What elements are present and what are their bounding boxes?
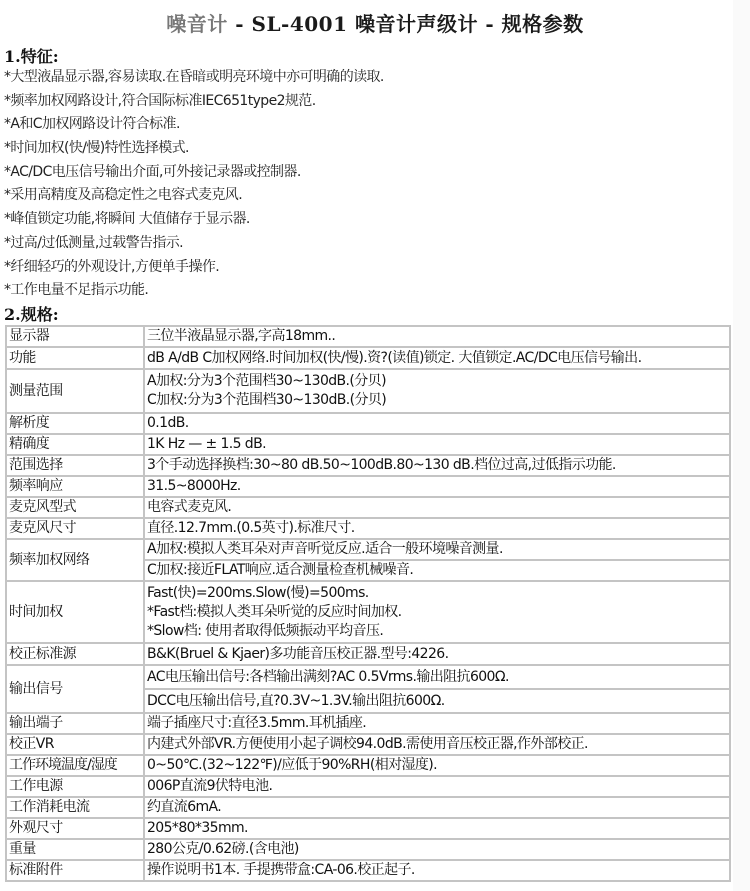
spec-label: 工作环境温度/湿度	[6, 755, 144, 776]
feature-item: *纤细轻巧的外观设计,方便单手操作.	[4, 256, 384, 280]
table-row: 重量 280公克/0.62磅.(含电池)	[6, 839, 730, 860]
title-prefix: 噪音计	[166, 12, 228, 36]
spec-label: 频率响应	[6, 476, 144, 497]
spec-value: AC电压输出信号:各档输出满刻?AC 0.5Vrms.输出阻抗600Ω.	[144, 665, 730, 689]
spec-label: 工作消耗电流	[6, 797, 144, 818]
spec-value: 31.5~8000Hz.	[144, 476, 730, 497]
table-row: 工作电源 006P直流9伏特电池.	[6, 776, 730, 797]
spec-label: 频率加权网络	[6, 539, 144, 581]
spec-value: 三位半液晶显示器,字高18mm..	[144, 326, 730, 347]
spec-label: 时间加权	[6, 581, 144, 643]
table-row: 麦克风型式 电容式麦克风.	[6, 497, 730, 518]
spec-label: 精确度	[6, 434, 144, 455]
table-row: 频率响应 31.5~8000Hz.	[6, 476, 730, 497]
spec-value: 3个手动选择换档:30~80 dB.50~100dB.80~130 dB.档位过…	[144, 455, 730, 476]
spec-table: 显示器 三位半液晶显示器,字高18mm.. 功能 dB A/dB C加权网络.时…	[5, 325, 731, 882]
spec-label: 校正标准源	[6, 643, 144, 665]
spec-value: dB A/dB C加权网络.时间加权(快/慢).资?(读值)锁定. 大值锁定.A…	[144, 347, 730, 369]
table-row: 外观尺寸 205*80*35mm.	[6, 818, 730, 839]
spec-value: A加权:分为3个范围档30~130dB.(分贝) C加权:分为3个范围档30~1…	[144, 369, 730, 413]
spec-value-line: A加权:分为3个范围档30~130dB.(分贝)	[147, 372, 727, 391]
spec-value: 205*80*35mm.	[144, 818, 730, 839]
table-row: 测量范围 A加权:分为3个范围档30~130dB.(分贝) C加权:分为3个范围…	[6, 369, 730, 413]
spec-value-line: *Fast档:模拟人类耳朵听觉的反应时间加权.	[147, 603, 727, 622]
spec-label: 麦克风尺寸	[6, 518, 144, 539]
table-row: 精确度 1K Hz — ± 1.5 dB.	[6, 434, 730, 455]
feature-item: *频率加权网路设计,符合国际标准IEC651type2规范.	[4, 90, 384, 114]
features-heading: 1.特征:	[4, 44, 59, 67]
spec-value: DCC电压输出信号,直?0.3V~1.3V.输出阻抗600Ω.	[144, 689, 730, 713]
spec-value: Fast(快)=200ms.Slow(慢)=500ms. *Fast档:模拟人类…	[144, 581, 730, 643]
spec-value: B&K(Bruel & Kjaer)多功能音压校正器.型号:4226.	[144, 643, 730, 665]
feature-item: *峰值锁定功能,将瞬间 大值储存于显示器.	[4, 208, 384, 232]
table-row: 范围选择 3个手动选择换档:30~80 dB.50~100dB.80~130 d…	[6, 455, 730, 476]
spec-label: 输出信号	[6, 665, 144, 713]
table-row: 工作环境温度/湿度 0~50℃.(32~122℉)/应低于90%RH(相对湿度)…	[6, 755, 730, 776]
spec-label: 工作电源	[6, 776, 144, 797]
spec-value-line: *Slow档: 使用者取得低频振动平均音压.	[147, 622, 727, 641]
spec-value: 直径.12.7mm.(0.5英寸).标准尺寸.	[144, 518, 730, 539]
feature-item: *采用高精度及高稳定性之电容式麦克风.	[4, 184, 384, 208]
spec-value: 006P直流9伏特电池.	[144, 776, 730, 797]
spec-label: 功能	[6, 347, 144, 369]
spec-value-line: C加权:分为3个范围档30~130dB.(分贝)	[147, 391, 727, 410]
features-list: *大型液晶显示器,容易读取.在昏暗或明亮环境中亦可明确的读取. *频率加权网路设…	[4, 66, 384, 303]
feature-item: *A和C加权网路设计符合标准.	[4, 113, 384, 137]
title-main: - SL-4001 噪音计声级计 - 规格参数	[228, 12, 584, 36]
feature-item: *过高/过低测量,过载警告指示.	[4, 232, 384, 256]
table-row: 输出信号 AC电压输出信号:各档输出满刻?AC 0.5Vrms.输出阻抗600Ω…	[6, 665, 730, 689]
spec-label: 显示器	[6, 326, 144, 347]
spec-value: 280公克/0.62磅.(含电池)	[144, 839, 730, 860]
table-row: 输出端子 端子插座尺寸:直径3.5mm.耳机插座.	[6, 713, 730, 734]
feature-item: *大型液晶显示器,容易读取.在昏暗或明亮环境中亦可明确的读取.	[4, 66, 384, 90]
spec-value: 端子插座尺寸:直径3.5mm.耳机插座.	[144, 713, 730, 734]
spec-label: 外观尺寸	[6, 818, 144, 839]
table-row: 麦克风尺寸 直径.12.7mm.(0.5英寸).标准尺寸.	[6, 518, 730, 539]
feature-item: *AC/DC电压信号输出介面,可外接记录器或控制器.	[4, 161, 384, 185]
spec-label: 重量	[6, 839, 144, 860]
table-row: 功能 dB A/dB C加权网络.时间加权(快/慢).资?(读值)锁定. 大值锁…	[6, 347, 730, 369]
spec-value: A加权:模拟人类耳朵对声音听觉反应.适合一般环境噪音测量.	[144, 539, 730, 560]
table-row: 标准附件 操作说明书1本. 手提携带盒:CA-06.校正起子.	[6, 860, 730, 881]
table-row: 解析度 0.1dB.	[6, 413, 730, 434]
spec-value: 0.1dB.	[144, 413, 730, 434]
table-row: 频率加权网络 A加权:模拟人类耳朵对声音听觉反应.适合一般环境噪音测量.	[6, 539, 730, 560]
spec-value: 操作说明书1本. 手提携带盒:CA-06.校正起子.	[144, 860, 730, 881]
feature-item: *时间加权(快/慢)特性选择模式.	[4, 137, 384, 161]
spec-value: 约直流6mA.	[144, 797, 730, 818]
spec-value: C加权:接近FLAT响应.适合测量检查机械噪音.	[144, 560, 730, 581]
table-row: 校正标准源 B&K(Bruel & Kjaer)多功能音压校正器.型号:4226…	[6, 643, 730, 665]
spec-value: 1K Hz — ± 1.5 dB.	[144, 434, 730, 455]
spec-label: 解析度	[6, 413, 144, 434]
feature-item: *工作电量不足指示功能.	[4, 279, 384, 303]
table-row: 校正VR 内建式外部VR.方便使用小起子调校94.0dB.需使用音压校正器,作外…	[6, 734, 730, 755]
page-margin	[733, 0, 750, 891]
specs-heading: 2.规格:	[4, 302, 59, 325]
spec-label: 校正VR	[6, 734, 144, 755]
spec-label: 输出端子	[6, 713, 144, 734]
table-row: 显示器 三位半液晶显示器,字高18mm..	[6, 326, 730, 347]
spec-value-line: Fast(快)=200ms.Slow(慢)=500ms.	[147, 584, 727, 603]
spec-label: 麦克风型式	[6, 497, 144, 518]
spec-label: 范围选择	[6, 455, 144, 476]
table-row: 时间加权 Fast(快)=200ms.Slow(慢)=500ms. *Fast档…	[6, 581, 730, 643]
spec-label: 测量范围	[6, 369, 144, 413]
table-row: 工作消耗电流 约直流6mA.	[6, 797, 730, 818]
spec-label: 标准附件	[6, 860, 144, 881]
spec-value: 内建式外部VR.方便使用小起子调校94.0dB.需使用音压校正器,作外部校正.	[144, 734, 730, 755]
spec-value: 0~50℃.(32~122℉)/应低于90%RH(相对湿度).	[144, 755, 730, 776]
page-title: 噪音计 - SL-4001 噪音计声级计 - 规格参数	[0, 8, 750, 37]
spec-value: 电容式麦克风.	[144, 497, 730, 518]
